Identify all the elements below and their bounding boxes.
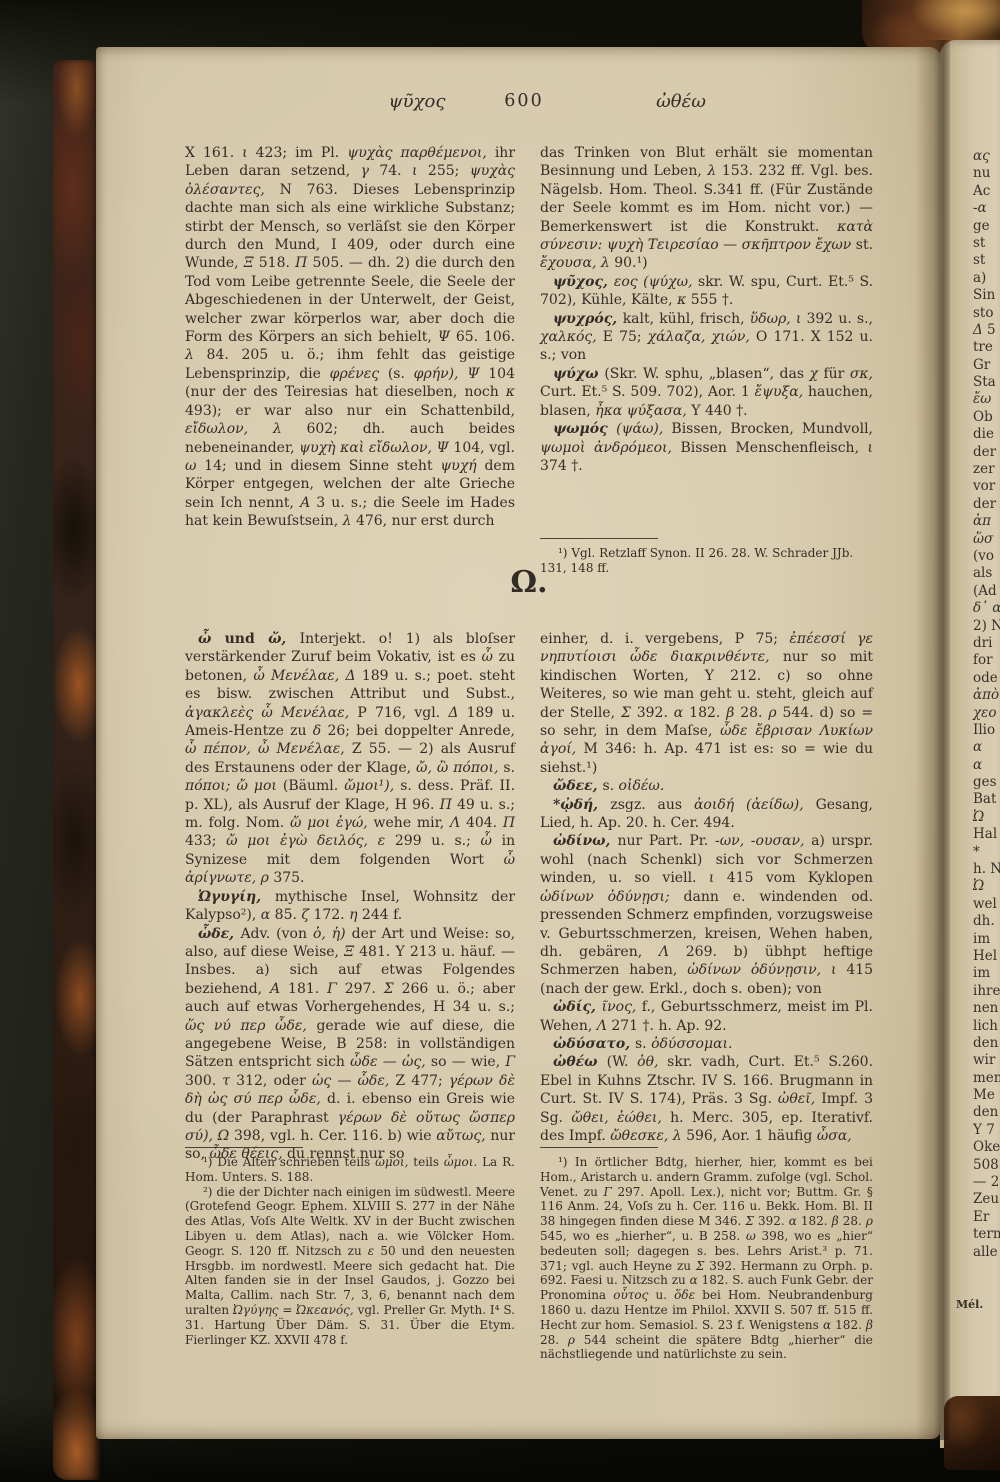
facing-page-edge: αςnuAc-αgeststa)SinstoΔ 5treGrStaἔωObdie…	[940, 40, 1000, 1448]
next-page-text-line: Ac	[973, 183, 1000, 200]
dictionary-paragraph: ψωμός (ψάω), Bissen, Brocken, Mundvoll, …	[540, 420, 873, 475]
next-page-text-line: tre	[973, 339, 1000, 356]
next-page-text-line: ας	[973, 148, 1000, 165]
next-page-text-line: δ᾽ α	[973, 600, 1000, 617]
next-page-text-line: st	[973, 252, 1000, 269]
column-right-psi-section: das Trinken von Blut erhält sie momentan…	[540, 144, 873, 475]
next-page-text-line: — 2	[973, 1174, 1000, 1191]
footnote-separator	[540, 1147, 658, 1148]
next-page-text-line: ἀπὸ	[973, 687, 1000, 704]
next-page-text-line: der	[973, 496, 1000, 513]
dictionary-paragraph: ψῦχος, εος (ψύχω, skr. W. spu, Curt. Et.…	[540, 273, 873, 310]
next-page-text-line: st	[973, 235, 1000, 252]
next-page-text-line: Sta	[973, 374, 1000, 391]
next-page-text-line: ihre	[973, 983, 1000, 1000]
next-page-text-line: lich	[973, 1018, 1000, 1035]
dictionary-paragraph: ὧδε, Adv. (von ὁ, ἡ) der Art und Weise: …	[185, 925, 515, 1164]
dictionary-paragraph: ὠδίς, ῖνος, f., Geburtsschmerz, meist im…	[540, 998, 873, 1035]
next-page-text-line: *	[973, 844, 1000, 861]
next-page-text-line: dri	[973, 635, 1000, 652]
next-page-text-line: wir	[973, 1052, 1000, 1069]
footnote-separator	[540, 538, 658, 539]
column-left-psi-section: X 161. ι 423; im Pl. ψυχὰς παρθέμενοι, i…	[185, 144, 515, 531]
footnote: ¹) Die Alten schrieben teils ὤμοι, teils…	[185, 1155, 515, 1185]
next-page-text-line: ἔω	[973, 391, 1000, 408]
column-right-omega-section: einher, d. i. vergebens, P 75; ἐπέεσσί γ…	[540, 630, 873, 1145]
leather-spine-corner-bottom	[944, 1396, 1000, 1470]
next-page-text-line: χεο	[973, 705, 1000, 722]
dictionary-paragraph: ὠδίνω, nur Part. Pr. -ων, -ουσαν, a) urs…	[540, 832, 873, 998]
next-page-text-line: 2) N	[973, 618, 1000, 635]
next-page-text-line: Bat	[973, 791, 1000, 808]
dictionary-paragraph: das Trinken von Blut erhält sie momentan…	[540, 144, 873, 273]
next-page-text-line: Ilio	[973, 722, 1000, 739]
next-page-text-line: 508	[973, 1157, 1000, 1174]
next-page-text-line: ge	[973, 218, 1000, 235]
page-number: 600	[434, 91, 614, 111]
next-page-text-line: Me	[973, 1087, 1000, 1104]
dictionary-paragraph: ψυχρός, kalt, kühl, frisch, ὕδωρ, ι 392 …	[540, 310, 873, 365]
footnotes-left: ¹) Die Alten schrieben teils ὤμοι, teils…	[185, 1147, 515, 1347]
footnote: ²) die der Dichter nach einigen im südwe…	[185, 1185, 515, 1348]
next-page-text-line: tern	[973, 1226, 1000, 1243]
next-page-text-line: der	[973, 444, 1000, 461]
footnote: ¹) In örtlicher Bdtg, hierher, hier, kom…	[540, 1155, 873, 1362]
next-page-text-line: ges	[973, 774, 1000, 791]
omega-section-heading: Ω.	[185, 565, 873, 600]
next-page-text-line: a)	[973, 270, 1000, 287]
next-page-text-line: zer	[973, 461, 1000, 478]
next-page-text-line: wel	[973, 896, 1000, 913]
next-page-text-line: nen	[973, 1000, 1000, 1017]
dictionary-paragraph: ὠδύσατο, s. ὀδύσσομαι.	[540, 1035, 873, 1053]
next-page-text-line: Δ 5	[973, 322, 1000, 339]
book-page: ψῦχος 600 ὠθέω X 161. ι 423; im Pl. ψυχὰ…	[96, 47, 941, 1439]
dictionary-paragraph: Ὠγυγίη, mythische Insel, Wohnsitz der Ka…	[185, 888, 515, 925]
next-page-text-line: nu	[973, 165, 1000, 182]
dictionary-paragraph: ὤδεε, s. οἰδέω.	[540, 777, 873, 795]
next-page-text-line: im	[973, 965, 1000, 982]
marbled-cover-edge	[53, 60, 100, 1480]
next-page-text-line: Oke	[973, 1139, 1000, 1156]
facing-page-footnote-mark: Mél.	[956, 1298, 983, 1311]
next-page-text-line: sto	[973, 305, 1000, 322]
dictionary-paragraph: ψύχω (Skr. W. sphu, „blasen“, das χ für …	[540, 365, 873, 420]
next-page-text-line: als	[973, 565, 1000, 582]
next-page-text-line: Hal	[973, 826, 1000, 843]
next-page-text-line: men	[973, 1070, 1000, 1087]
next-page-text-line: Sin	[973, 287, 1000, 304]
dictionary-paragraph: *ᾠδή, zsgz. aus ἀοιδή (ἀείδω), Gesang, L…	[540, 796, 873, 833]
next-page-text-line: Zeu	[973, 1191, 1000, 1208]
dictionary-paragraph: ὠθέω (W. ὀθ, skr. vadh, Curt. Et.⁵ S.260…	[540, 1053, 873, 1145]
column-left-omega-section: ὦ und ὤ, Interjekt. o! 1) als bloſser ve…	[185, 630, 515, 1164]
next-page-text-line: ὥσ	[973, 531, 1000, 548]
next-page-text-line: (Ad	[973, 583, 1000, 600]
dictionary-paragraph: ὦ und ὤ, Interjekt. o! 1) als bloſser ve…	[185, 630, 515, 888]
next-page-text-line: Gr	[973, 357, 1000, 374]
next-page-text-line: Y 7	[973, 1122, 1000, 1139]
next-page-text-line: h. N	[973, 861, 1000, 878]
dictionary-paragraph: einher, d. i. vergebens, P 75; ἐπέεσσί γ…	[540, 630, 873, 777]
next-page-text-line: den	[973, 1035, 1000, 1052]
footnote-text: ¹) Die Alten schrieben teils ὤμοι, teils…	[185, 1155, 515, 1347]
footnote-separator	[185, 1147, 303, 1148]
next-page-text-line: α	[973, 739, 1000, 756]
running-head-right-keyword: ὠθέω	[591, 91, 771, 112]
next-page-text-line: Hel	[973, 948, 1000, 965]
next-page-text-line: ode	[973, 670, 1000, 687]
next-page-text-line: vor	[973, 478, 1000, 495]
next-page-text-line: -α	[973, 200, 1000, 217]
footnote-text: ¹) In örtlicher Bdtg, hierher, hier, kom…	[540, 1155, 873, 1362]
footnotes-right: ¹) In örtlicher Bdtg, hierher, hier, kom…	[540, 1147, 873, 1362]
next-page-text-line: den	[973, 1104, 1000, 1121]
next-page-text-line: Ob	[973, 409, 1000, 426]
facing-page-text: αςnuAc-αgeststa)SinstoΔ 5treGrStaἔωObdie…	[973, 148, 1000, 1261]
next-page-text-line: for	[973, 652, 1000, 669]
next-page-text-line: ἀπ	[973, 513, 1000, 530]
next-page-text-line: Er	[973, 1209, 1000, 1226]
next-page-text-line: (vo	[973, 548, 1000, 565]
book-photograph: αςnuAc-αgeststa)SinstoΔ 5treGrStaἔωObdie…	[0, 0, 1000, 1482]
next-page-text-line: Ὠ	[973, 809, 1000, 826]
next-page-text-line: α	[973, 757, 1000, 774]
next-page-text-line: alle	[973, 1244, 1000, 1261]
next-page-text-line: Ὠ	[973, 878, 1000, 895]
next-page-text-line: im	[973, 931, 1000, 948]
dictionary-paragraph: X 161. ι 423; im Pl. ψυχὰς παρθέμενοι, i…	[185, 144, 515, 531]
next-page-text-line: die	[973, 426, 1000, 443]
next-page-text-line: dh.	[973, 913, 1000, 930]
